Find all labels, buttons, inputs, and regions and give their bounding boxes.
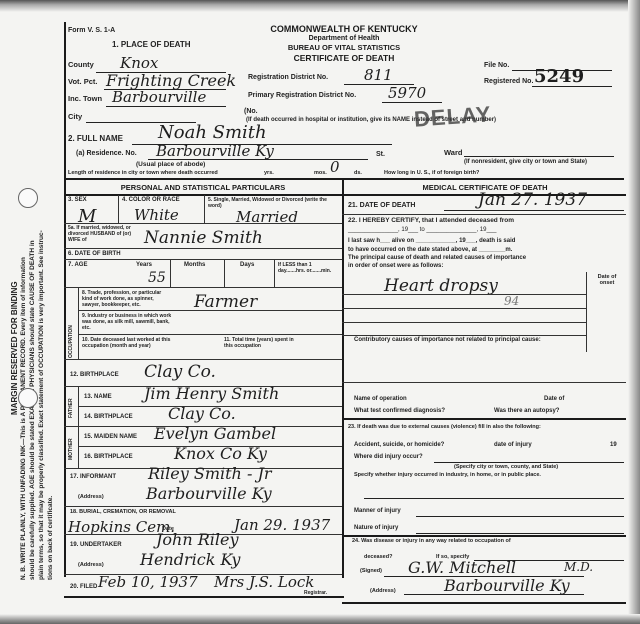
rule-bottom-left: [64, 596, 344, 598]
signed-label: (Signed): [360, 568, 382, 574]
rule-row9: [78, 334, 342, 335]
manner-line: [416, 516, 624, 517]
father-birthplace-value[interactable]: Clay Co.: [168, 404, 236, 423]
rule-autopsy: [342, 418, 626, 420]
test-label: What test confirmed diagnosis?: [354, 408, 445, 414]
primary-district-value[interactable]: 5970: [388, 84, 426, 102]
onset-label: Date of onset: [590, 274, 624, 286]
sex-label: 3. SEX: [68, 197, 87, 203]
industry-label: 9. Industry or business in which work wa…: [82, 313, 172, 331]
burial-label: 18. BURIAL, CREMATION, OR REMOVAL: [70, 509, 176, 515]
cause-code: 94: [504, 294, 519, 308]
personal-heading: PERSONAL AND STATISTICAL PARTICULARS: [64, 183, 342, 192]
occupation-side-label: OCCUPATION: [68, 325, 74, 358]
where-injury-note: (Specify city or town, county, and State…: [454, 464, 558, 470]
physician-signature[interactable]: G.W. Mitchell: [408, 558, 516, 577]
mother-name-label: 15. MAIDEN NAME: [84, 434, 137, 440]
county-value[interactable]: Knox: [120, 54, 158, 72]
rule-row5a: [64, 248, 342, 249]
where-injury-line: [434, 462, 624, 463]
certify-line5: The principal cause of death and related…: [348, 255, 526, 261]
years-label: Years: [136, 262, 152, 268]
manner-label: Manner of injury: [354, 508, 401, 514]
divider-days: [274, 259, 275, 287]
mos-value[interactable]: 0: [330, 158, 340, 176]
divider-mother: [78, 426, 79, 468]
undertaker-address-label: (Address): [78, 562, 104, 568]
specify-place-label: Specify whether injury occurred in indus…: [354, 472, 624, 478]
rule-row10: [64, 359, 342, 360]
rule-cause-3: [342, 322, 586, 323]
occupation-related-label: 24. Was disease or injury in any way rel…: [352, 538, 511, 544]
place-of-death-heading: 1. PLACE OF DEATH: [112, 40, 191, 49]
rule-cause-4: [342, 335, 586, 336]
rule-personal-heading: [64, 194, 342, 196]
certify-line4: to have occurred on the date stated abov…: [348, 247, 512, 253]
trade-label: 8. Trade, profession, or particular kind…: [82, 290, 172, 308]
trade-value[interactable]: Farmer: [194, 292, 257, 312]
vot-label: Vot. Pct.: [68, 77, 97, 86]
full-name-value[interactable]: Noah Smith: [158, 122, 267, 143]
divider-color: [204, 195, 205, 223]
divider-sex: [118, 195, 119, 223]
ds-label: ds.: [354, 170, 362, 176]
operation-label: Name of operation: [354, 396, 407, 402]
father-name-value[interactable]: Jim Henry Smith: [144, 384, 279, 403]
injury-date-label: date of injury: [494, 442, 532, 448]
punch-hole-upper: [18, 188, 38, 208]
months-label: Months: [184, 262, 205, 268]
primary-district-line: [382, 102, 442, 103]
ward-line: [464, 156, 614, 157]
certify-line6: in order of onset were as follows:: [348, 263, 443, 269]
burial-date-value[interactable]: Jan 29. 1937: [234, 516, 330, 534]
days-label: Days: [240, 262, 254, 268]
street-label: St.: [376, 151, 385, 158]
margin-note-b: should be carefully supplied. AGE should…: [29, 240, 36, 580]
birthplace-label: 12. BIRTHPLACE: [70, 372, 119, 378]
dob-label: 6. DATE OF BIRTH: [68, 251, 121, 257]
color-value[interactable]: White: [134, 206, 179, 224]
contributory-label: Contributory causes of importance not re…: [354, 337, 554, 343]
color-label: 4. COLOR OR RACE: [122, 197, 180, 203]
autopsy-label: Was there an autopsy?: [494, 408, 559, 414]
rule-cause-2: [342, 308, 586, 309]
death-certificate-form: Form V. S. 1-A 1. PLACE OF DEATH COMMONW…: [64, 22, 634, 582]
margin-note-a: N. B. WRITE PLAINLY, WITH UNFADING INK—T…: [20, 257, 27, 580]
birthplace-value[interactable]: Clay Co.: [144, 362, 216, 382]
undertaker-address-value[interactable]: Hendrick Ky: [140, 550, 240, 569]
registration-district-value[interactable]: 811: [364, 66, 393, 84]
registered-value[interactable]: 5249: [534, 66, 584, 87]
spouse-label: 5a. If married, widowed, or divorced HUS…: [68, 225, 138, 243]
registrar-signature[interactable]: Mrs J.S. Lock: [214, 573, 314, 591]
last-worked-label: 10. Date deceased last worked at this oc…: [82, 337, 174, 349]
informant-value[interactable]: Riley Smith - Jr: [148, 464, 272, 483]
inc-town-line: [106, 106, 226, 107]
cause-of-death-value[interactable]: Heart dropsy: [384, 276, 498, 296]
header-bureau: BUREAU OF VITAL STATISTICS: [244, 43, 444, 52]
age-years-value[interactable]: 55: [148, 270, 166, 286]
rule-row17: [64, 506, 342, 507]
registered-label: Registered No.: [484, 78, 533, 85]
header-department: Department of Health: [244, 35, 444, 42]
certify-line3: I last saw h___ alive on ____________, 1…: [348, 238, 515, 244]
date-of-death-line: [444, 210, 624, 211]
spouse-value[interactable]: Nannie Smith: [144, 228, 263, 248]
rule-bottom-right: [342, 602, 626, 604]
county-label: County: [68, 60, 94, 69]
date-of-death-label: 21. DATE OF DEATH: [348, 202, 415, 209]
injury-year-label: 19: [610, 442, 617, 448]
certify-label: 22. I HEREBY CERTIFY, that I attended de…: [348, 217, 514, 224]
margin-note-d: tions on back of certificate.: [47, 496, 54, 580]
rule-row21: [342, 214, 626, 215]
foreign-birth-label: How long in U. S., if of foreign birth?: [384, 170, 479, 176]
city-label: City: [68, 112, 82, 121]
accident-label: Accident, suicide, or homicide?: [354, 442, 444, 448]
physician-suffix: M.D.: [564, 560, 593, 574]
rule-top-sections: [64, 178, 624, 180]
residence-value[interactable]: Barbourville Ky: [156, 142, 274, 160]
mother-birthplace-value[interactable]: Knox Co Ky: [174, 444, 267, 463]
physician-address-label: (Address): [370, 588, 396, 594]
rule-injury: [342, 535, 626, 537]
header-certificate: CERTIFICATE OF DEATH: [244, 53, 444, 63]
usual-place-note: (Usual place of abode): [136, 161, 205, 168]
deceased-label: deceased?: [364, 554, 392, 560]
total-time-label: 11. Total time (years) spent in this occ…: [224, 337, 294, 349]
age-label: 7. AGE: [68, 262, 87, 268]
informant-label: 17. INFORMANT: [70, 474, 116, 480]
operation-date-label: Date of: [544, 396, 564, 402]
residence-label: (a) Residence. No.: [76, 150, 137, 157]
nature-label: Nature of injury: [354, 525, 398, 531]
rule-row3: [64, 223, 342, 224]
mos-label: mos.: [314, 170, 327, 176]
file-no-label: File No.: [484, 62, 509, 69]
rule-contrib: [342, 382, 626, 383]
less-than-label: If LESS than 1 day.......hrs. or.......m…: [278, 262, 340, 274]
rule-row6: [64, 259, 342, 260]
date-of-death-value[interactable]: Jan 27. 1937: [478, 190, 587, 210]
mother-name-value[interactable]: Evelyn Gambel: [154, 424, 276, 443]
full-name-label: 2. FULL NAME: [68, 134, 123, 143]
length-of-residence-label: Length of residence in city or town wher…: [68, 170, 218, 176]
divider-occupation: [78, 287, 79, 359]
certify-line2: _______________, 19___ to ______________…: [348, 227, 496, 233]
rule-cause-1: [342, 294, 586, 295]
father-birthplace-label: 14. BIRTHPLACE: [84, 414, 133, 420]
specify-place-line: [364, 498, 624, 499]
scan-bottom-edge: [0, 614, 640, 624]
binding-margin: MARGIN RESERVED FOR BINDING N. B. WRITE …: [4, 20, 60, 580]
header-commonwealth: COMMONWEALTH OF KENTUCKY: [244, 24, 444, 34]
divider-years: [170, 259, 171, 287]
mother-side-label: MOTHER: [68, 438, 74, 460]
father-name-label: 13. NAME: [84, 394, 112, 400]
where-injury-label: Where did injury occur?: [354, 454, 423, 460]
scan-top-edge: [0, 0, 640, 12]
mother-birthplace-label: 16. BIRTHPLACE: [84, 454, 133, 460]
yrs-label: yrs.: [264, 170, 274, 176]
inc-town-label: Inc. Town: [68, 94, 102, 103]
ward-label: Ward: [444, 148, 462, 157]
registration-district-label: Registration District No.: [248, 74, 328, 81]
form-id: Form V. S. 1-A: [68, 27, 115, 34]
undertaker-value[interactable]: John Riley: [156, 530, 239, 549]
nonresident-note: (If nonresident, give city or town and S…: [464, 159, 587, 165]
informant-address-label: (Address): [78, 494, 104, 500]
column-divider: [342, 178, 344, 578]
external-causes-label: 23. If death was due to external causes …: [348, 424, 624, 430]
rule-row7: [64, 287, 342, 288]
filed-value[interactable]: Feb 10, 1937: [98, 573, 198, 591]
no-label: (No.: [244, 108, 258, 115]
form-left-border: [64, 22, 66, 577]
delay-stamp: DELAY: [413, 101, 492, 132]
primary-district-label: Primary Registration District No.: [248, 92, 356, 99]
filed-label: 20. FILED: [70, 584, 97, 590]
rule-row8: [78, 310, 342, 311]
nature-line: [416, 533, 624, 534]
inc-town-value[interactable]: Barbourville: [112, 88, 206, 106]
physician-address-value[interactable]: Barbourville Ky: [444, 576, 570, 595]
father-side-label: FATHER: [68, 398, 74, 418]
undertaker-label: 19. UNDERTAKER: [70, 542, 122, 548]
onset-column-divider: [586, 272, 587, 352]
divider-months: [224, 259, 225, 287]
margin-note-c: plain terms, so that it may be properly …: [38, 230, 45, 580]
punch-hole-lower: [18, 388, 38, 408]
informant-address-value[interactable]: Barbourville Ky: [146, 484, 272, 503]
